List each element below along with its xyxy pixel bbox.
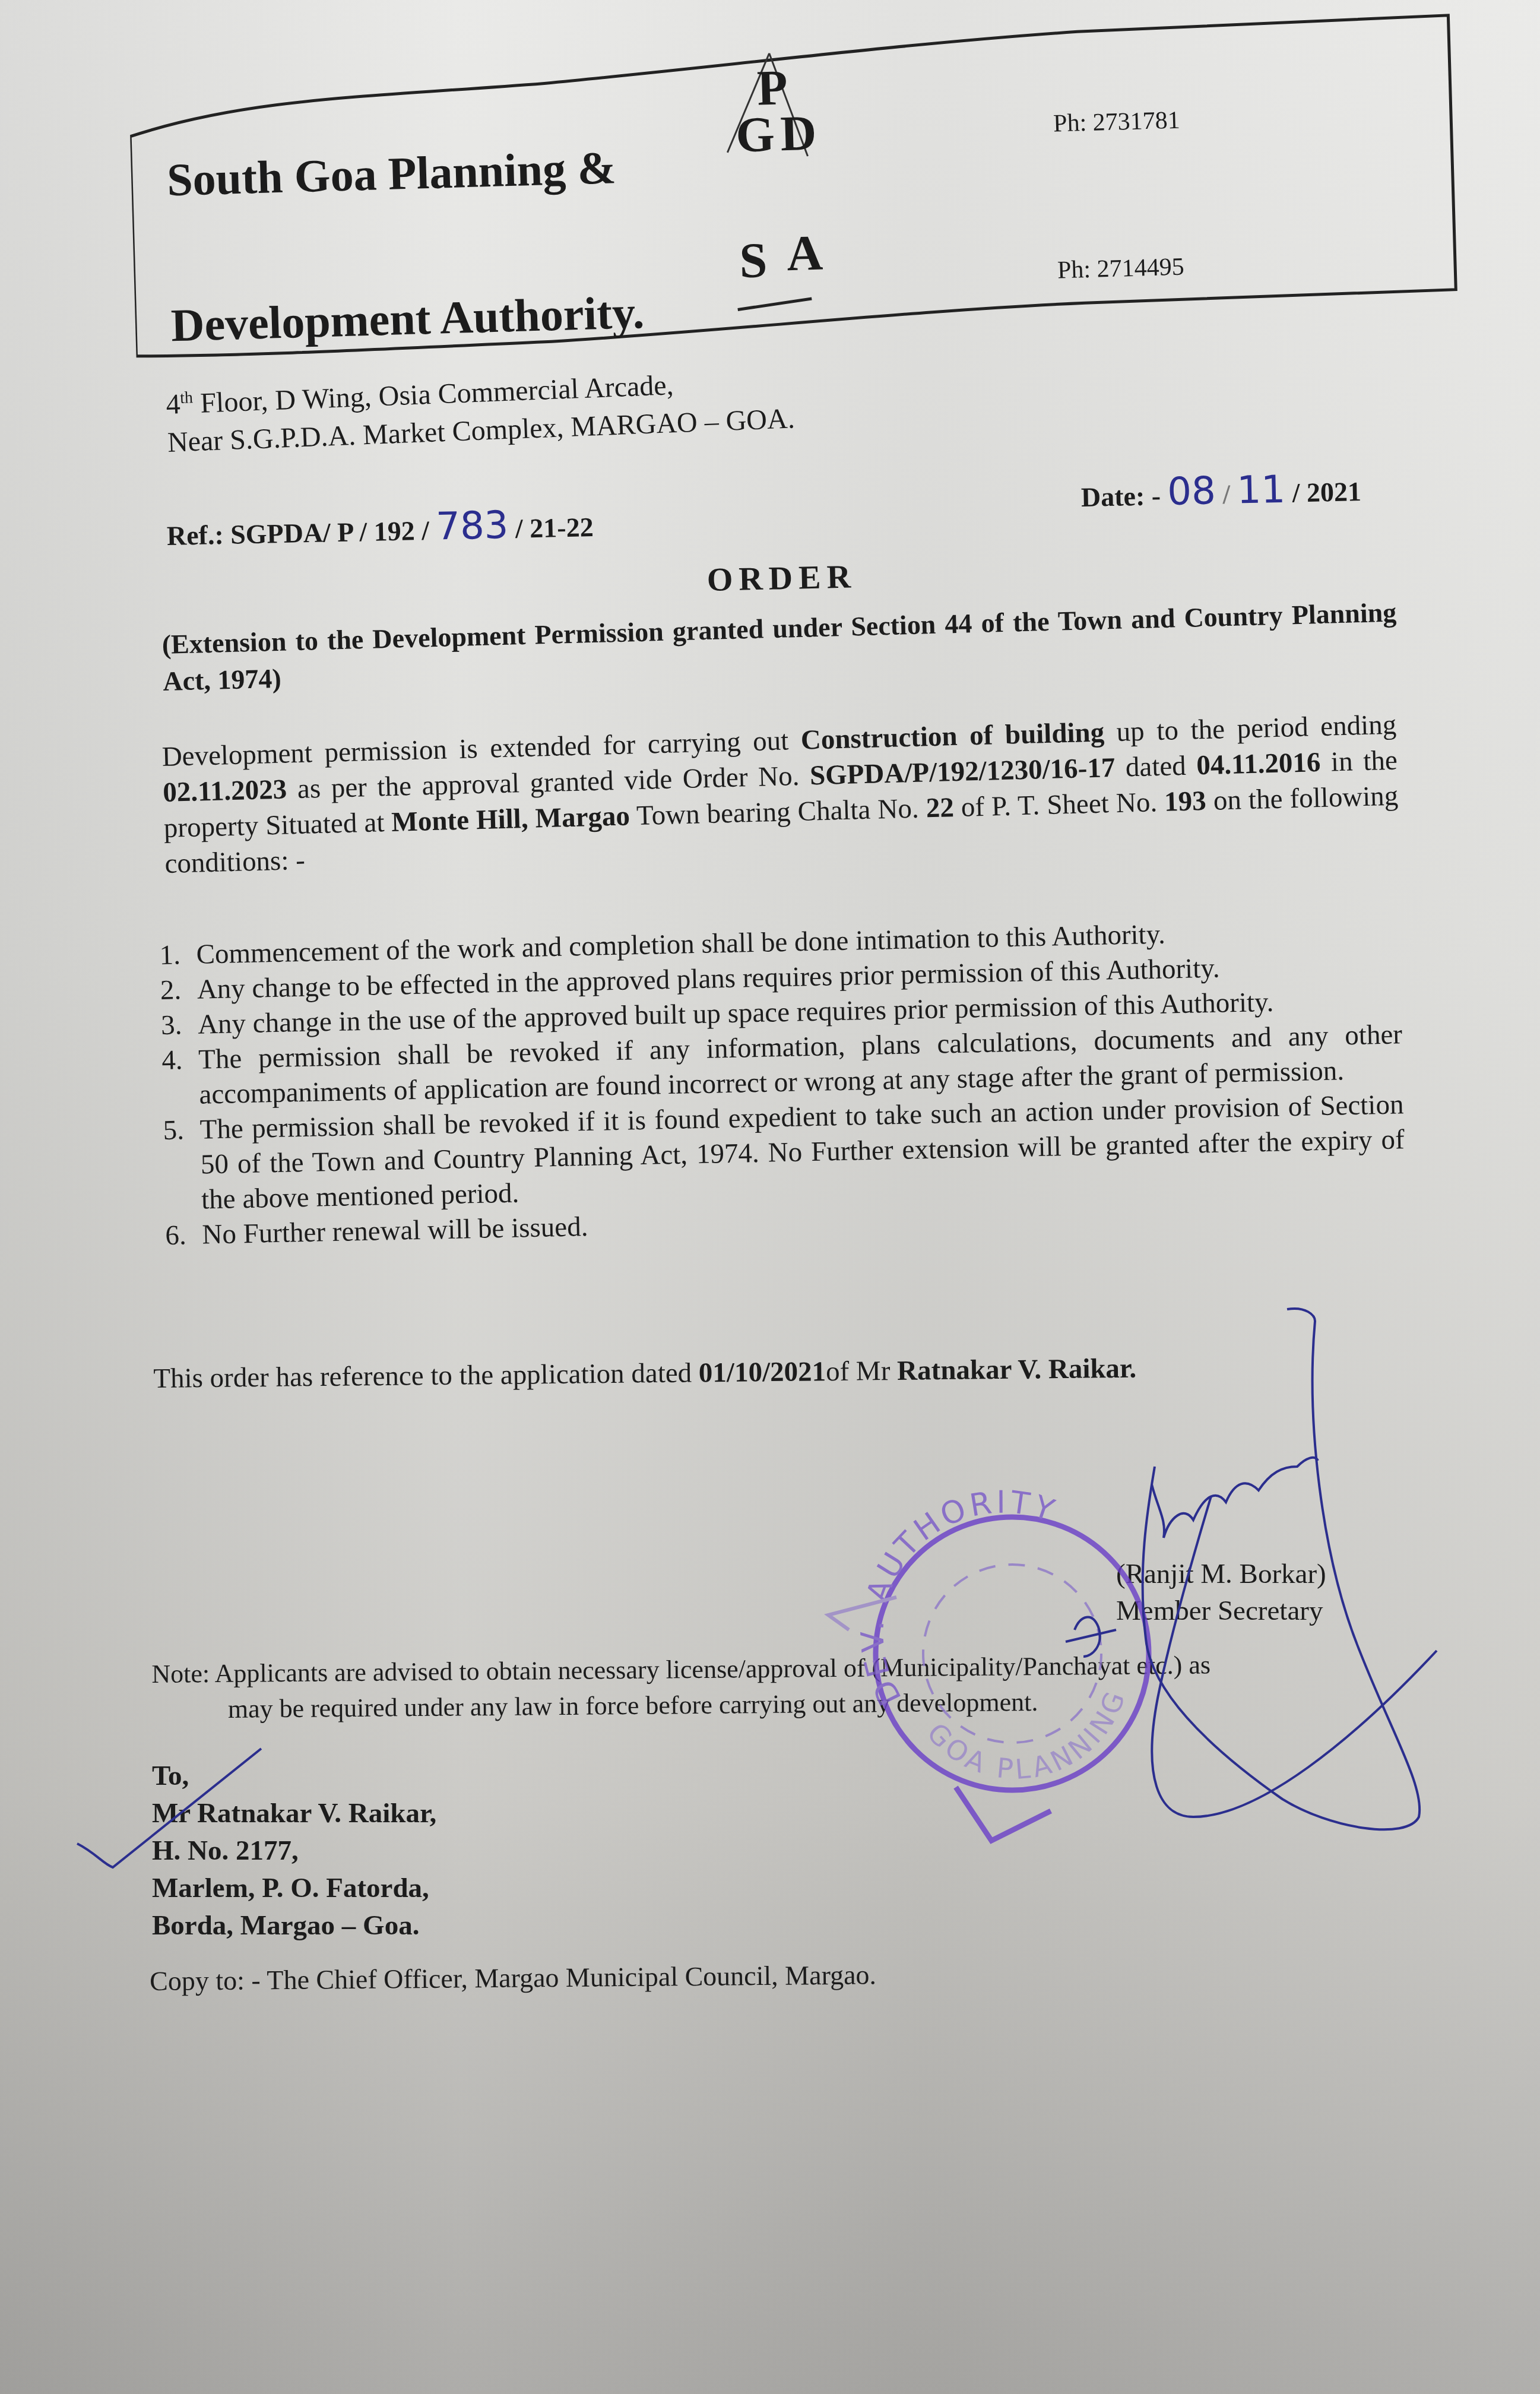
work-type: Construction of building bbox=[800, 717, 1105, 755]
application-reference: This order has reference to the applicat… bbox=[153, 1353, 1137, 1395]
phone-2: Ph: 2714495 bbox=[1057, 252, 1184, 284]
date-day-handwritten: 08 bbox=[1167, 469, 1216, 514]
phone-1: Ph: 2731781 bbox=[1053, 106, 1181, 138]
signatory-block: (Ranjit M. Borkar) Member Secretary bbox=[1116, 1556, 1326, 1629]
date-label: Date: - bbox=[1080, 480, 1168, 512]
applicant-note: Note: Applicants are advised to obtain n… bbox=[151, 1647, 1211, 1728]
signatory-name: (Ranjit M. Borkar) bbox=[1116, 1556, 1326, 1592]
date-month-handwritten: 11 bbox=[1237, 468, 1286, 513]
logo-underline bbox=[737, 299, 812, 309]
order-paragraph: Development permission is extended for c… bbox=[161, 707, 1400, 882]
order-date: Date: - 08 / 11 / 2021 bbox=[1080, 466, 1361, 516]
order-subject: (Extension to the Development Permission… bbox=[161, 594, 1398, 700]
original-order-date: 04.11.2016 bbox=[1196, 747, 1321, 781]
ref-suffix: / 21-22 bbox=[515, 512, 594, 544]
conditions-list: 1.Commencement of the work and completio… bbox=[159, 912, 1406, 1253]
date-separator: / bbox=[1215, 479, 1237, 509]
date-year: / 2021 bbox=[1292, 476, 1361, 508]
letterhead: South Goa Planning & Development Authori… bbox=[128, 10, 1466, 359]
application-date: 01/10/2021 bbox=[699, 1356, 826, 1388]
extension-end-date: 02.11.2023 bbox=[163, 774, 287, 808]
floor-number: 4 bbox=[166, 388, 181, 420]
copy-to: Copy to: - The Chief Officer, Margao Mun… bbox=[150, 1959, 876, 1997]
addressee-block: To, Mr Ratnakar V. Raikar, H. No. 2177, … bbox=[152, 1757, 436, 1945]
chalta-number: 22 bbox=[926, 792, 954, 824]
logo-letter-a: A bbox=[786, 224, 823, 283]
addressee-house: H. No. 2177, bbox=[152, 1832, 436, 1870]
office-address: 4th Floor, D Wing, Osia Commercial Arcad… bbox=[165, 356, 796, 461]
addressee-name: Mr Ratnakar V. Raikar, bbox=[152, 1795, 436, 1832]
applicant-name: Ratnakar V. Raikar. bbox=[897, 1353, 1137, 1386]
logo-letter-g: G bbox=[735, 106, 775, 164]
salutation: To, bbox=[152, 1757, 436, 1795]
logo-letter-d: D bbox=[779, 104, 817, 163]
sheet-number: 193 bbox=[1164, 786, 1206, 818]
original-order-number: SGPDA/P/192/1230/16-17 bbox=[809, 752, 1116, 791]
property-location: Monte Hill, Margao bbox=[391, 800, 630, 837]
addressee-city: Borda, Margao – Goa. bbox=[152, 1907, 436, 1945]
reference-number: Ref.: SGPDA/ P / 192 / 783 / 21-22 bbox=[166, 502, 594, 555]
floor-suffix: th bbox=[180, 388, 194, 407]
logo-letter-s: S bbox=[739, 232, 768, 290]
addressee-locality: Marlem, P. O. Fatorda, bbox=[152, 1870, 436, 1907]
ref-prefix: Ref.: SGPDA/ P / 192 / bbox=[166, 515, 436, 550]
ref-number-handwritten: 783 bbox=[435, 503, 509, 549]
page-title: ORDER bbox=[706, 558, 857, 599]
signatory-designation: Member Secretary bbox=[1116, 1592, 1326, 1629]
